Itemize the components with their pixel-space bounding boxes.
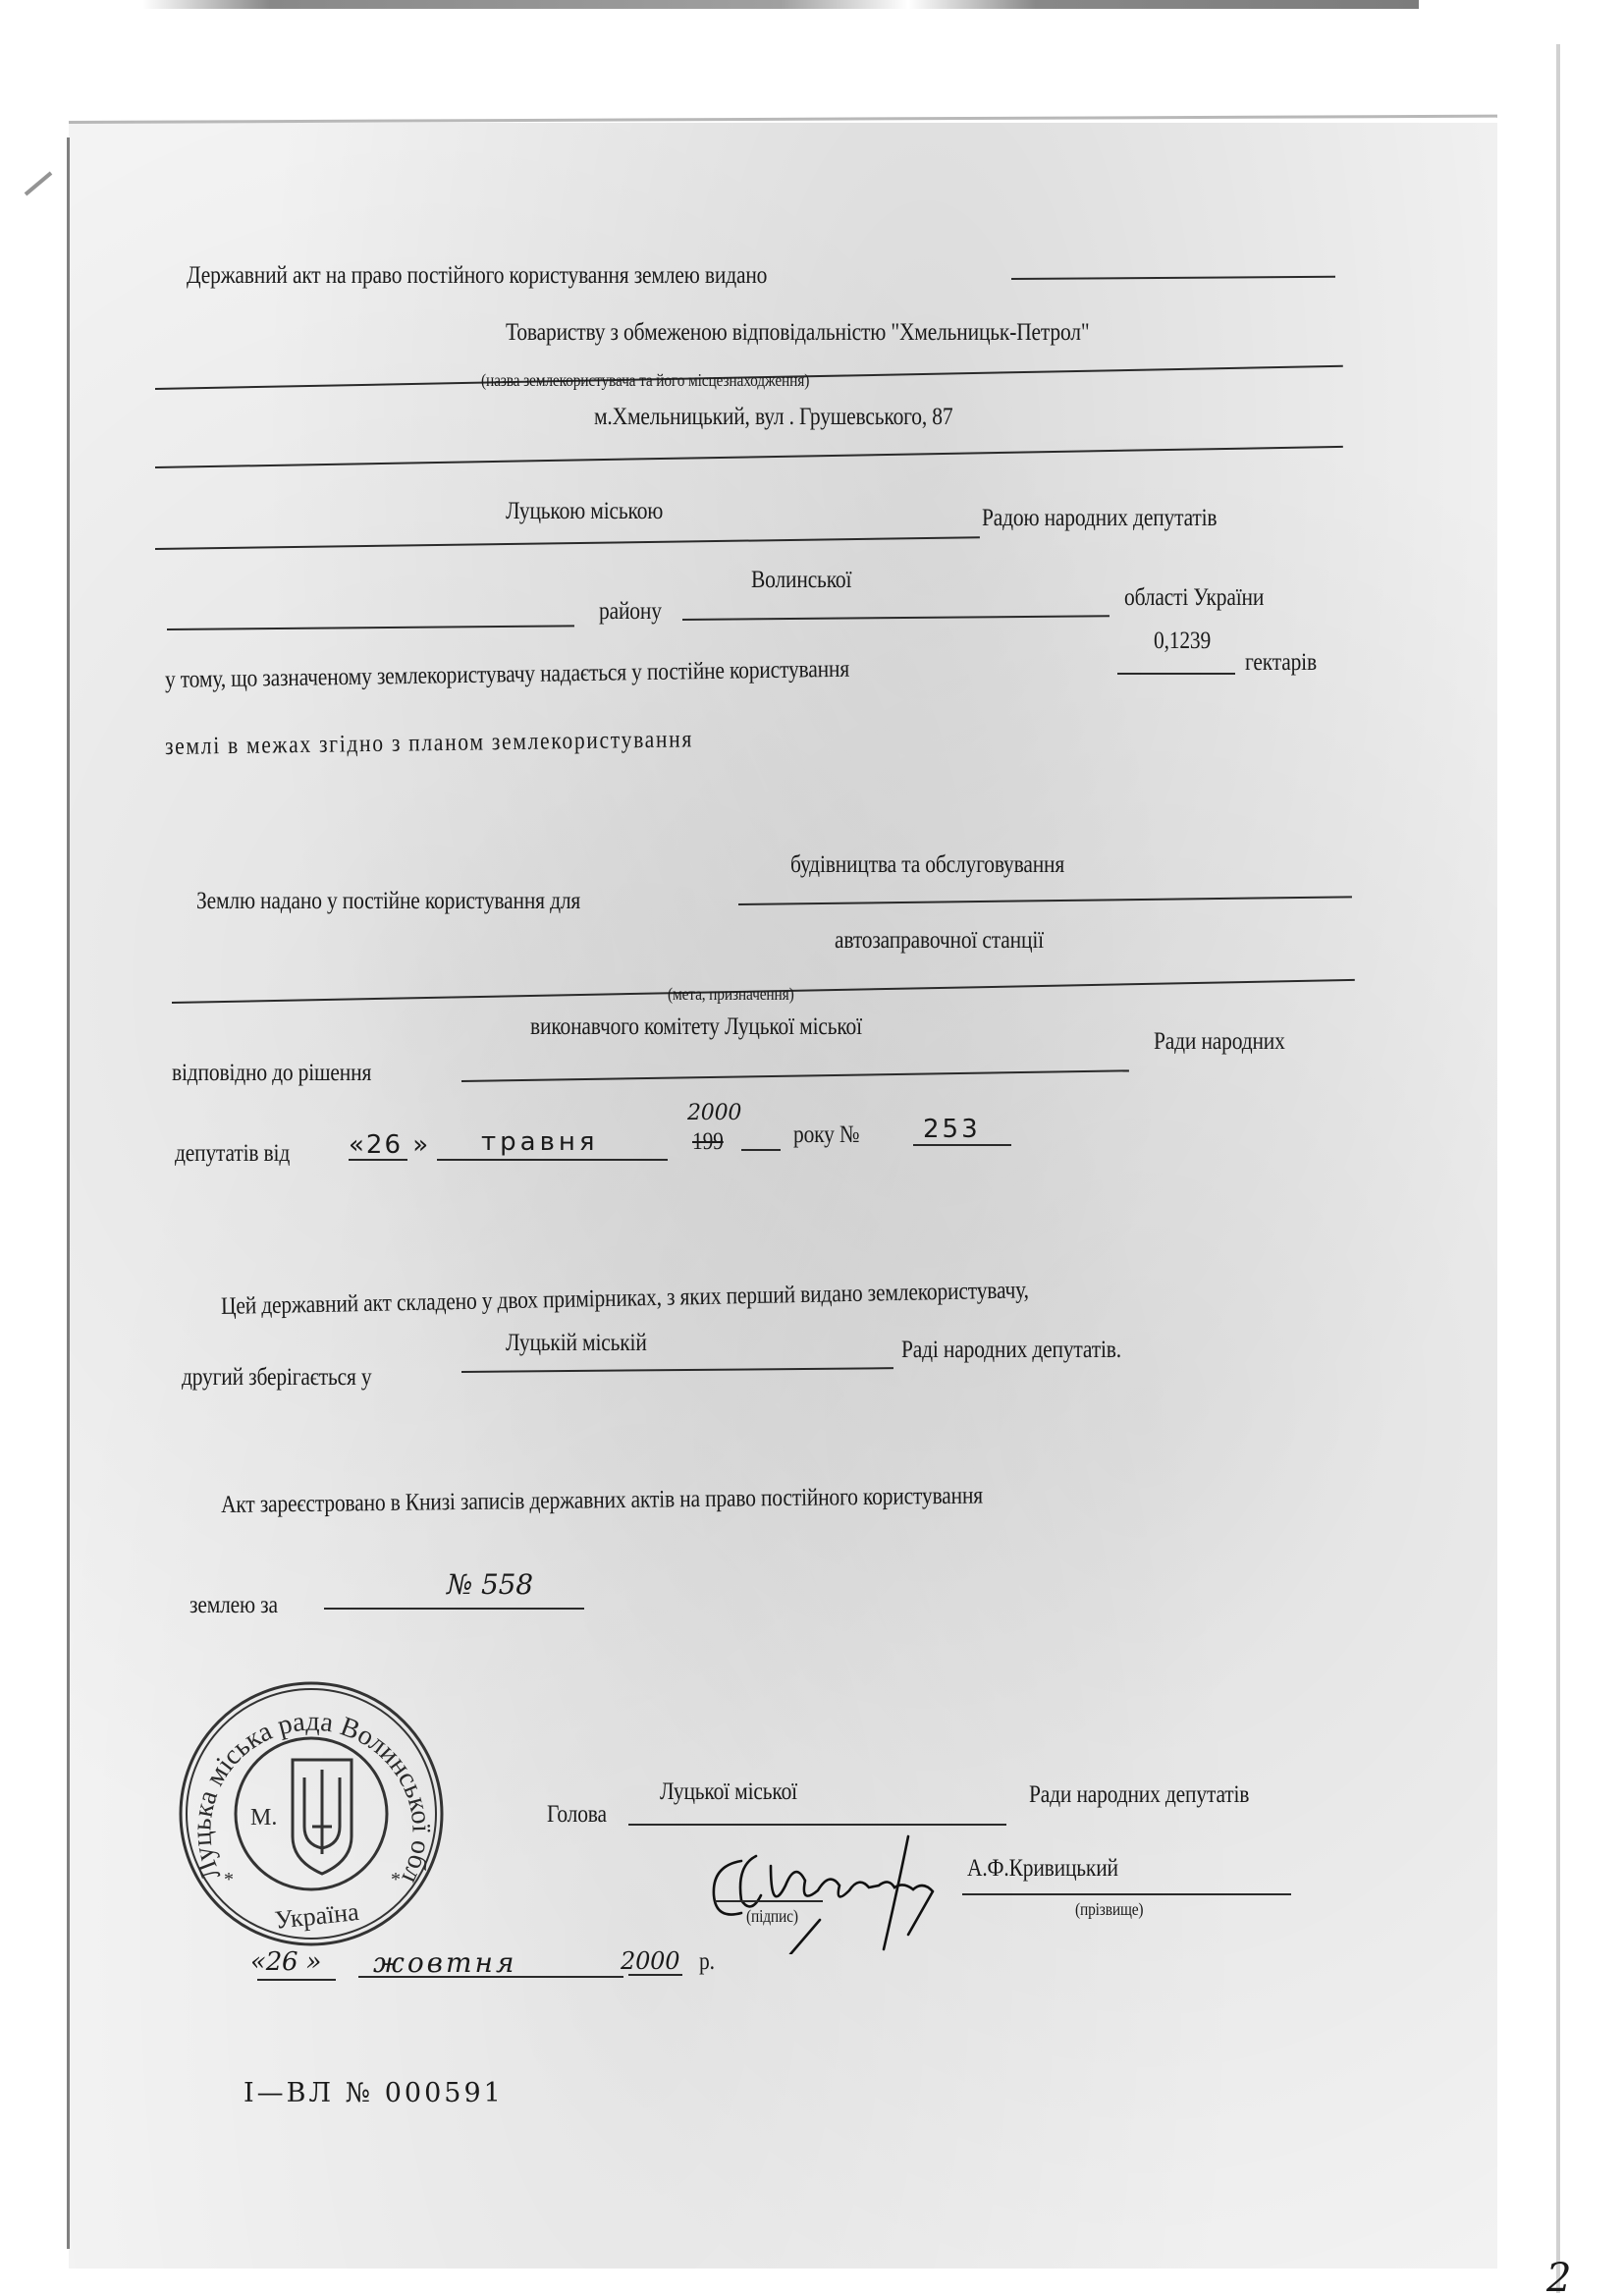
region-suffix: області України (1124, 585, 1264, 610)
registry-prefix: землею за (189, 1593, 278, 1617)
decision-body: виконавчого комітету Луцької міської (530, 1014, 862, 1039)
page-edge-right (1556, 44, 1560, 2293)
surname-caption: (прізвище) (1075, 1900, 1143, 1918)
purpose-prefix: Землю надано у постійне користування для (196, 889, 580, 913)
sign-date-month-underline (358, 1976, 623, 1978)
signature (702, 1827, 987, 1954)
decision-year-underline (741, 1149, 781, 1151)
trident-coat-of-arms-icon (293, 1760, 352, 1874)
copies-holder: Луцькій міській (506, 1331, 647, 1355)
decision-month: травня (481, 1129, 599, 1155)
issued-to-caption: (назва землекористувача та його місцезна… (481, 371, 809, 389)
corner-mark (25, 172, 53, 196)
area-underline (1117, 673, 1235, 675)
registry-underline (324, 1608, 584, 1610)
registry-number: № 558 (447, 1571, 533, 1599)
area-value: 0,1239 (1154, 629, 1211, 653)
purpose-caption: (мета, призначення) (668, 985, 794, 1003)
stamp-ring-text: Луцька міська рада Волинської області (177, 1679, 437, 1888)
sign-date-day-underline (257, 1979, 336, 1981)
sign-date-suffix: р. (699, 1949, 715, 1974)
form-serial-number: I—ВЛ № 000591 (244, 2080, 504, 2106)
decision-month-underline (437, 1159, 668, 1161)
decision-year-suffix: року № (793, 1122, 859, 1147)
stamp-bottom-text: Україна (273, 1897, 360, 1935)
scan-top-smudge (142, 0, 1419, 9)
page-edge-left (67, 137, 70, 2249)
decision-date-prefix: депутатів від (175, 1141, 290, 1166)
page-number: 2 (1546, 2259, 1571, 2296)
stamp-center-letter: М. (250, 1805, 277, 1831)
decision-number: 253 (923, 1117, 981, 1142)
title-line: Державний акт на право постійного корист… (187, 263, 767, 288)
head-prefix: Голова (547, 1802, 607, 1827)
head-council: Луцької міської (660, 1779, 797, 1804)
district-prefix: району (599, 599, 662, 624)
council-suffix: Радою народних депутатів (982, 506, 1217, 530)
purpose-line2: автозаправочної станції (835, 928, 1044, 953)
official-stamp: Луцька міська рада Волинської області М.… (177, 1679, 447, 1949)
signature-caption: (підпис) (746, 1907, 798, 1925)
decision-year-handwritten: 2000 (687, 1103, 741, 1124)
decision-prefix: відповідно до рішення (172, 1061, 371, 1085)
sign-date-year: 2000 (621, 1949, 679, 1973)
decision-suffix: Ради народних (1154, 1029, 1285, 1054)
copies-prefix: другий зберігається у (182, 1365, 372, 1390)
sign-date-day: «26 » (250, 1949, 321, 1975)
sign-date-month: жовтня (373, 1949, 517, 1977)
issued-to: Товариству з обмеженою відповідальністю … (506, 320, 1089, 345)
region-name: Волинської (751, 568, 851, 592)
svg-text:*: * (224, 1869, 234, 1890)
copies-suffix: Раді народних депутатів. (901, 1338, 1121, 1362)
address: м.Хмельницький, вул . Грушевського, 87 (594, 405, 952, 429)
head-underline (628, 1824, 1006, 1826)
decision-day-underline (349, 1159, 407, 1161)
sign-date-year-underline (628, 1974, 682, 1976)
head-suffix: Ради народних депутатів (1029, 1782, 1249, 1807)
council-name: Луцькою міською (506, 499, 663, 523)
decision-number-underline (913, 1144, 1011, 1146)
svg-text:*: * (391, 1869, 401, 1890)
purpose-line1: будівництва та обслуговування (790, 852, 1064, 877)
decision-year-printed: 199 (692, 1129, 724, 1154)
decision-day: «26 » (349, 1132, 430, 1158)
signature-underline (715, 1900, 823, 1902)
signatory-name: А.Ф.Кривицький (967, 1856, 1118, 1881)
surname-underline (962, 1893, 1291, 1895)
area-unit: гектарів (1245, 650, 1317, 675)
